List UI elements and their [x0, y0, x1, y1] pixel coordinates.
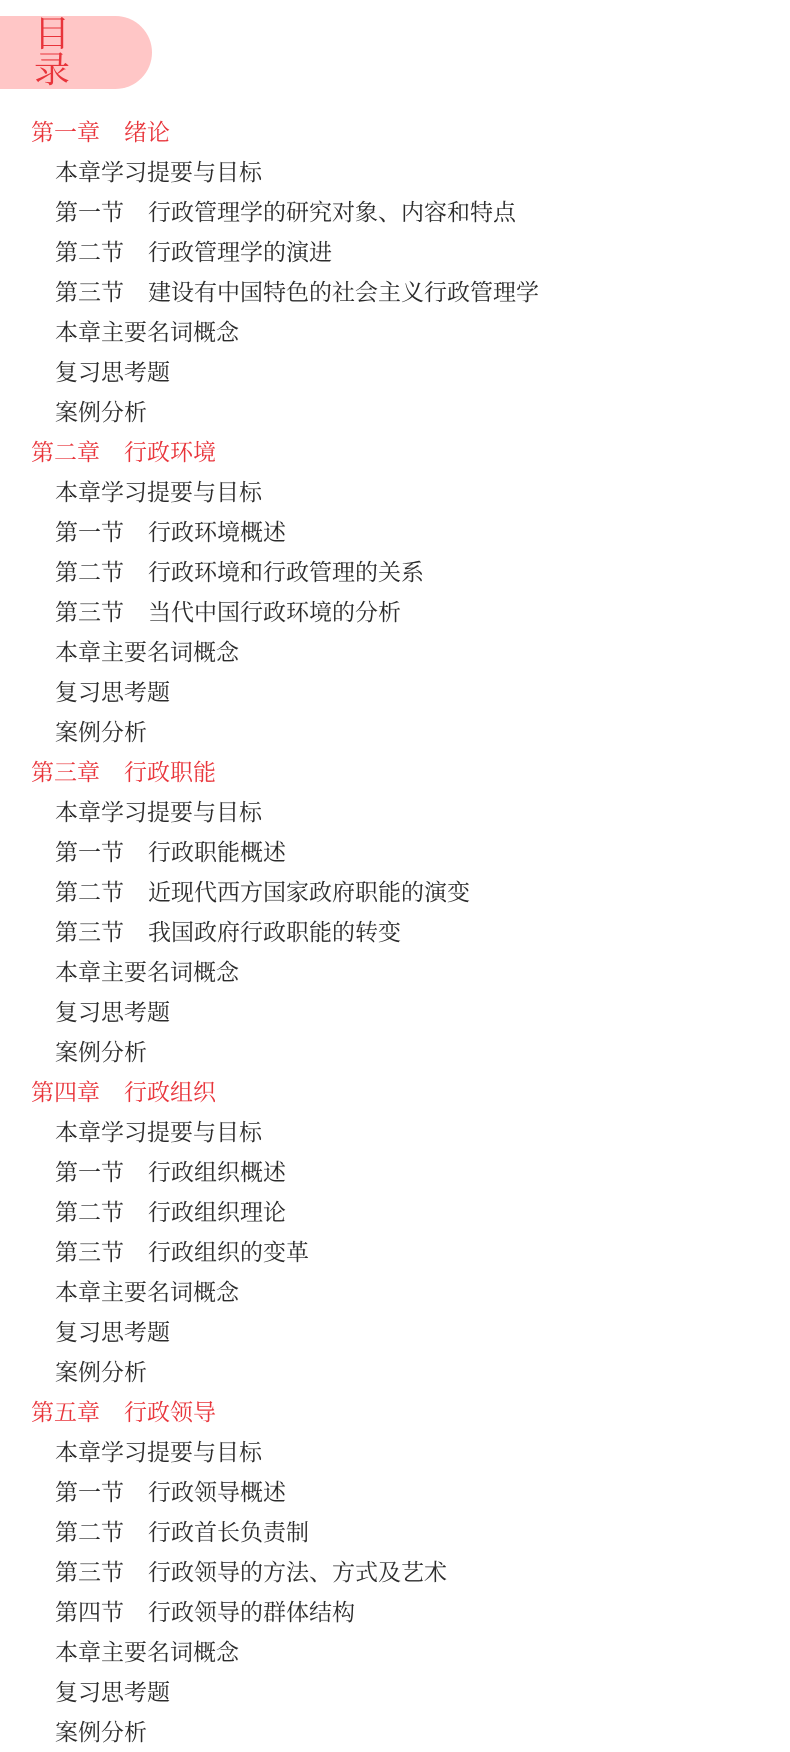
section-number: 第一节 [55, 833, 124, 873]
table-of-contents: 第一章绪论 本章学习提要与目标 第一节行政管理学的研究对象、内容和特点 第二节行… [0, 113, 790, 1752]
chapter-title: 行政领导 [124, 1400, 216, 1426]
section-title: 行政环境概述 [148, 520, 286, 546]
chapter-heading[interactable]: 第二章行政环境 [0, 433, 790, 473]
section-title: 近现代西方国家政府职能的演变 [148, 880, 470, 906]
toc-section[interactable]: 第三节建设有中国特色的社会主义行政管理学 [0, 273, 790, 313]
item-title: 本章学习提要与目标 [55, 1440, 262, 1466]
item-title: 本章学习提要与目标 [55, 160, 262, 186]
chapter-number: 第一章 [31, 113, 100, 153]
section-title: 行政环境和行政管理的关系 [148, 560, 424, 586]
section-title: 行政职能概述 [148, 840, 286, 866]
section-number: 第二节 [55, 1193, 124, 1233]
toc-section[interactable]: 第一节行政职能概述 [0, 833, 790, 873]
item-title: 复习思考题 [55, 1680, 170, 1706]
item-title: 本章学习提要与目标 [55, 480, 262, 506]
item-title: 本章学习提要与目标 [55, 1120, 262, 1146]
toc-section[interactable]: 第二节行政组织理论 [0, 1193, 790, 1233]
toc-section[interactable]: 第一节行政组织概述 [0, 1153, 790, 1193]
section-title: 当代中国行政环境的分析 [148, 600, 401, 626]
toc-item[interactable]: 复习思考题 [0, 1673, 790, 1713]
item-title: 复习思考题 [55, 1320, 170, 1346]
section-title: 行政领导的群体结构 [148, 1600, 355, 1626]
toc-section[interactable]: 第三节行政组织的变革 [0, 1233, 790, 1273]
toc-item[interactable]: 本章主要名词概念 [0, 633, 790, 673]
item-title: 案例分析 [55, 1040, 147, 1066]
toc-item[interactable]: 案例分析 [0, 1353, 790, 1393]
toc-item[interactable]: 复习思考题 [0, 1313, 790, 1353]
item-title: 本章主要名词概念 [55, 1280, 239, 1306]
section-title: 行政领导概述 [148, 1480, 286, 1506]
section-number: 第二节 [55, 1513, 124, 1553]
toc-section[interactable]: 第二节近现代西方国家政府职能的演变 [0, 873, 790, 913]
toc-header-badge: 目 录 [0, 16, 152, 89]
section-title: 行政管理学的研究对象、内容和特点 [148, 200, 516, 226]
section-number: 第二节 [55, 873, 124, 913]
item-title: 复习思考题 [55, 1000, 170, 1026]
section-number: 第三节 [55, 913, 124, 953]
item-title: 本章主要名词概念 [55, 960, 239, 986]
section-title: 行政组织理论 [148, 1200, 286, 1226]
item-title: 本章学习提要与目标 [55, 800, 262, 826]
toc-section[interactable]: 第二节行政首长负责制 [0, 1513, 790, 1553]
toc-item[interactable]: 本章主要名词概念 [0, 313, 790, 353]
toc-section[interactable]: 第三节行政领导的方法、方式及艺术 [0, 1553, 790, 1593]
section-number: 第三节 [55, 1233, 124, 1273]
chapter-heading[interactable]: 第三章行政职能 [0, 753, 790, 793]
chapter-heading[interactable]: 第四章行政组织 [0, 1073, 790, 1113]
toc-section[interactable]: 第一节行政管理学的研究对象、内容和特点 [0, 193, 790, 233]
section-title: 行政领导的方法、方式及艺术 [148, 1560, 447, 1586]
toc-item[interactable]: 案例分析 [0, 713, 790, 753]
item-title: 案例分析 [55, 1720, 147, 1746]
item-title: 本章主要名词概念 [55, 1640, 239, 1666]
chapter-title: 行政组织 [124, 1080, 216, 1106]
section-title: 我国政府行政职能的转变 [148, 920, 401, 946]
section-number: 第二节 [55, 233, 124, 273]
section-number: 第一节 [55, 1153, 124, 1193]
toc-item[interactable]: 本章学习提要与目标 [0, 473, 790, 513]
section-number: 第三节 [55, 593, 124, 633]
item-title: 案例分析 [55, 720, 147, 746]
toc-item[interactable]: 本章主要名词概念 [0, 1633, 790, 1673]
chapter-title: 行政环境 [124, 440, 216, 466]
toc-item[interactable]: 案例分析 [0, 1033, 790, 1073]
section-title: 行政组织的变革 [148, 1240, 309, 1266]
chapter-number: 第四章 [31, 1073, 100, 1113]
toc-item[interactable]: 本章主要名词概念 [0, 1273, 790, 1313]
item-title: 复习思考题 [55, 360, 170, 386]
toc-section[interactable]: 第四节行政领导的群体结构 [0, 1593, 790, 1633]
item-title: 复习思考题 [55, 680, 170, 706]
toc-title: 目 录 [34, 17, 152, 89]
toc-item[interactable]: 本章学习提要与目标 [0, 1433, 790, 1473]
item-title: 案例分析 [55, 400, 147, 426]
section-title: 行政组织概述 [148, 1160, 286, 1186]
toc-item[interactable]: 案例分析 [0, 393, 790, 433]
section-number: 第三节 [55, 273, 124, 313]
toc-item[interactable]: 复习思考题 [0, 353, 790, 393]
chapter-heading[interactable]: 第五章行政领导 [0, 1393, 790, 1433]
toc-item[interactable]: 本章主要名词概念 [0, 953, 790, 993]
toc-item[interactable]: 复习思考题 [0, 993, 790, 1033]
chapter-heading[interactable]: 第一章绪论 [0, 113, 790, 153]
toc-section[interactable]: 第一节行政环境概述 [0, 513, 790, 553]
chapter-title: 绪论 [124, 120, 170, 146]
item-title: 案例分析 [55, 1360, 147, 1386]
toc-item[interactable]: 本章学习提要与目标 [0, 153, 790, 193]
toc-item[interactable]: 本章学习提要与目标 [0, 1113, 790, 1153]
item-title: 本章主要名词概念 [55, 640, 239, 666]
toc-item[interactable]: 案例分析 [0, 1713, 790, 1752]
section-number: 第一节 [55, 513, 124, 553]
toc-section[interactable]: 第三节我国政府行政职能的转变 [0, 913, 790, 953]
section-title: 行政管理学的演进 [148, 240, 332, 266]
toc-section[interactable]: 第二节行政管理学的演进 [0, 233, 790, 273]
chapter-number: 第三章 [31, 753, 100, 793]
section-title: 建设有中国特色的社会主义行政管理学 [148, 280, 539, 306]
toc-section[interactable]: 第二节行政环境和行政管理的关系 [0, 553, 790, 593]
section-number: 第三节 [55, 1553, 124, 1593]
toc-item[interactable]: 复习思考题 [0, 673, 790, 713]
section-number: 第四节 [55, 1593, 124, 1633]
toc-item[interactable]: 本章学习提要与目标 [0, 793, 790, 833]
item-title: 本章主要名词概念 [55, 320, 239, 346]
section-number: 第一节 [55, 193, 124, 233]
chapter-title: 行政职能 [124, 760, 216, 786]
chapter-number: 第五章 [31, 1393, 100, 1433]
toc-section[interactable]: 第一节行政领导概述 [0, 1473, 790, 1513]
toc-section[interactable]: 第三节当代中国行政环境的分析 [0, 593, 790, 633]
chapter-number: 第二章 [31, 433, 100, 473]
section-number: 第一节 [55, 1473, 124, 1513]
section-title: 行政首长负责制 [148, 1520, 309, 1546]
section-number: 第二节 [55, 553, 124, 593]
